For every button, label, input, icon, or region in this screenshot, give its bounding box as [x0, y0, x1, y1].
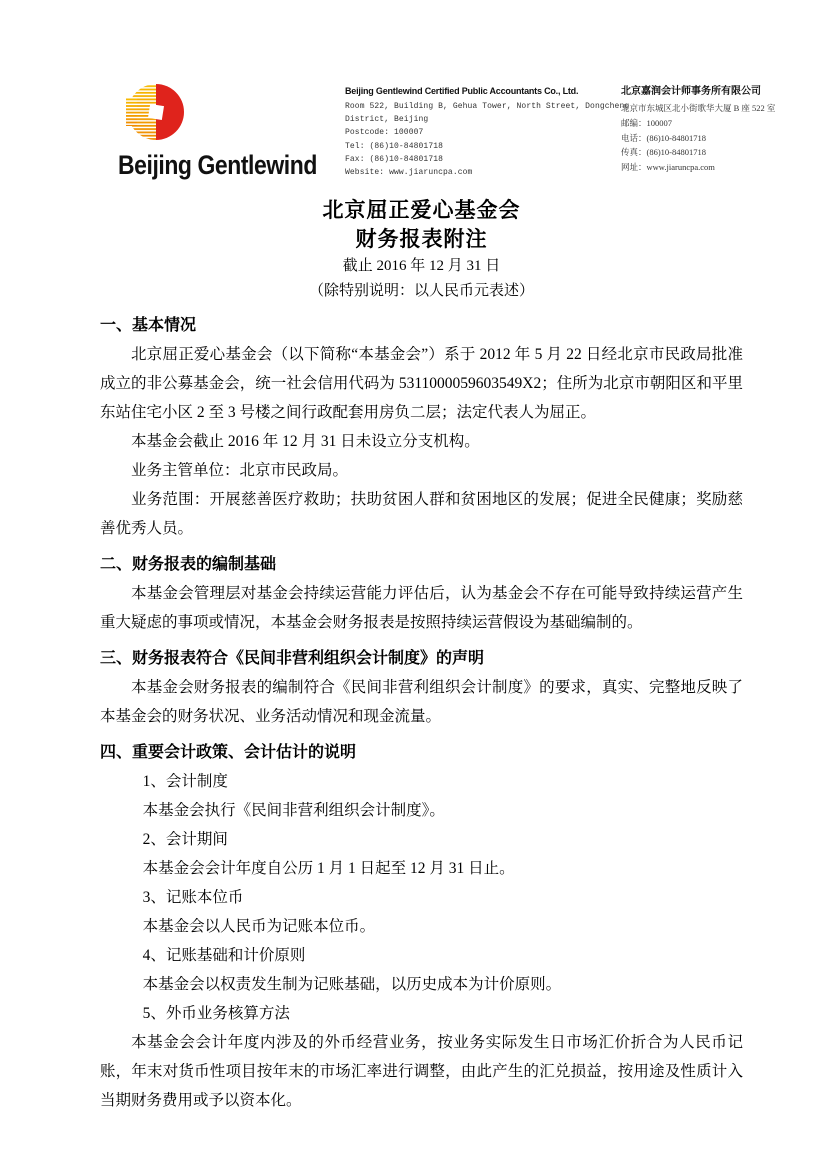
paragraph: 本基金会以权责发生制为记账基础，以历史成本为计价原则。 — [100, 970, 743, 999]
company-logo — [126, 82, 186, 142]
letterhead-line-cn: 传真：(86)10-84801718 — [621, 145, 791, 160]
section-heading: 三、财务报表符合《民间非营利组织会计制度》的声明 — [100, 644, 743, 673]
letterhead-line-cn: 邮编：100007 — [621, 116, 791, 131]
letterhead-english: Beijing Gentlewind Certified Public Acco… — [345, 85, 625, 179]
company-name-chinese: 北京嘉润会计师事务所有限公司 — [621, 85, 791, 98]
paragraph: 本基金会管理层对基金会持续运营能力评估后，认为基金会不存在可能导致持续运营产生重… — [100, 579, 743, 637]
paragraph: 本基金会截止 2016 年 12 月 31 日未设立分支机构。 — [100, 427, 743, 456]
paragraph: 业务主管单位：北京市民政局。 — [100, 456, 743, 485]
letterhead-line-en: Room 522, Building B, Gehua Tower, North… — [345, 100, 625, 113]
paragraph: 4、记账基础和计价原则 — [100, 941, 743, 970]
letterhead-line-en: Website: www.jiaruncpa.com — [345, 166, 625, 179]
document-title: 北京屈正爱心基金会 — [100, 196, 743, 225]
document-body: 北京屈正爱心基金会 财务报表附注 截止 2016 年 12 月 31 日 （除特… — [100, 196, 743, 1115]
letterhead-line-en: Postcode: 100007 — [345, 126, 625, 139]
letterhead-english-lines: Room 522, Building B, Gehua Tower, North… — [345, 100, 625, 179]
letterhead-chinese-lines: 北京市东城区北小街歌华大厦 B 座 522 室邮编：100007电话：(86)1… — [621, 101, 791, 175]
company-name-english: Beijing Gentlewind Certified Public Acco… — [345, 85, 625, 97]
paragraph: 业务范围：开展慈善医疗救助；扶助贫困人群和贫困地区的发展；促进全民健康；奖励慈善… — [100, 485, 743, 543]
coin-stripes-logo-icon — [126, 82, 186, 142]
section-heading: 四、重要会计政策、会计估计的说明 — [100, 738, 743, 767]
letterhead-line-en: District, Beijing — [345, 113, 625, 126]
letterhead-line-en: Tel: (86)10-84801718 — [345, 140, 625, 153]
document-page: Beijing Gentlewind Beijing Gentlewind Ce… — [0, 0, 826, 1169]
document-subtitle: 财务报表附注 — [100, 225, 743, 254]
letterhead-line-cn: 网址：www.jiaruncpa.com — [621, 160, 791, 175]
paragraph: 北京屈正爱心基金会（以下简称“本基金会”）系于 2012 年 5 月 22 日经… — [100, 340, 743, 427]
paragraph: 本基金会会计年度自公历 1 月 1 日起至 12 月 31 日止。 — [100, 854, 743, 883]
paragraph: 2、会计期间 — [100, 825, 743, 854]
paragraph: 本基金会财务报表的编制符合《民间非营利组织会计制度》的要求，真实、完整地反映了本… — [100, 673, 743, 731]
document-sections: 一、基本情况北京屈正爱心基金会（以下简称“本基金会”）系于 2012 年 5 月… — [100, 311, 743, 1115]
letterhead-line-en: Fax: (86)10-84801718 — [345, 153, 625, 166]
paragraph: 本基金会执行《民间非营利组织会计制度》。 — [100, 796, 743, 825]
paragraph: 3、记账本位币 — [100, 883, 743, 912]
letterhead-line-cn: 北京市东城区北小街歌华大厦 B 座 522 室 — [621, 101, 791, 116]
paragraph: 5、外币业务核算方法 — [100, 999, 743, 1028]
paragraph: 1、会计制度 — [100, 767, 743, 796]
paragraph: 本基金会以人民币为记账本位币。 — [100, 912, 743, 941]
logo-wordmark: Beijing Gentlewind — [118, 151, 317, 179]
section-heading: 二、财务报表的编制基础 — [100, 550, 743, 579]
letterhead-line-cn: 电话：(86)10-84801718 — [621, 131, 791, 146]
section-heading: 一、基本情况 — [100, 311, 743, 340]
document-note-line: （除特别说明：以人民币元表述） — [100, 279, 743, 304]
paragraph: 本基金会会计年度内涉及的外币经营业务，按业务实际发生日市场汇价折合为人民币记账，… — [100, 1028, 743, 1115]
document-date-line: 截止 2016 年 12 月 31 日 — [100, 254, 743, 279]
letterhead-chinese: 北京嘉润会计师事务所有限公司 北京市东城区北小街歌华大厦 B 座 522 室邮编… — [621, 85, 791, 175]
